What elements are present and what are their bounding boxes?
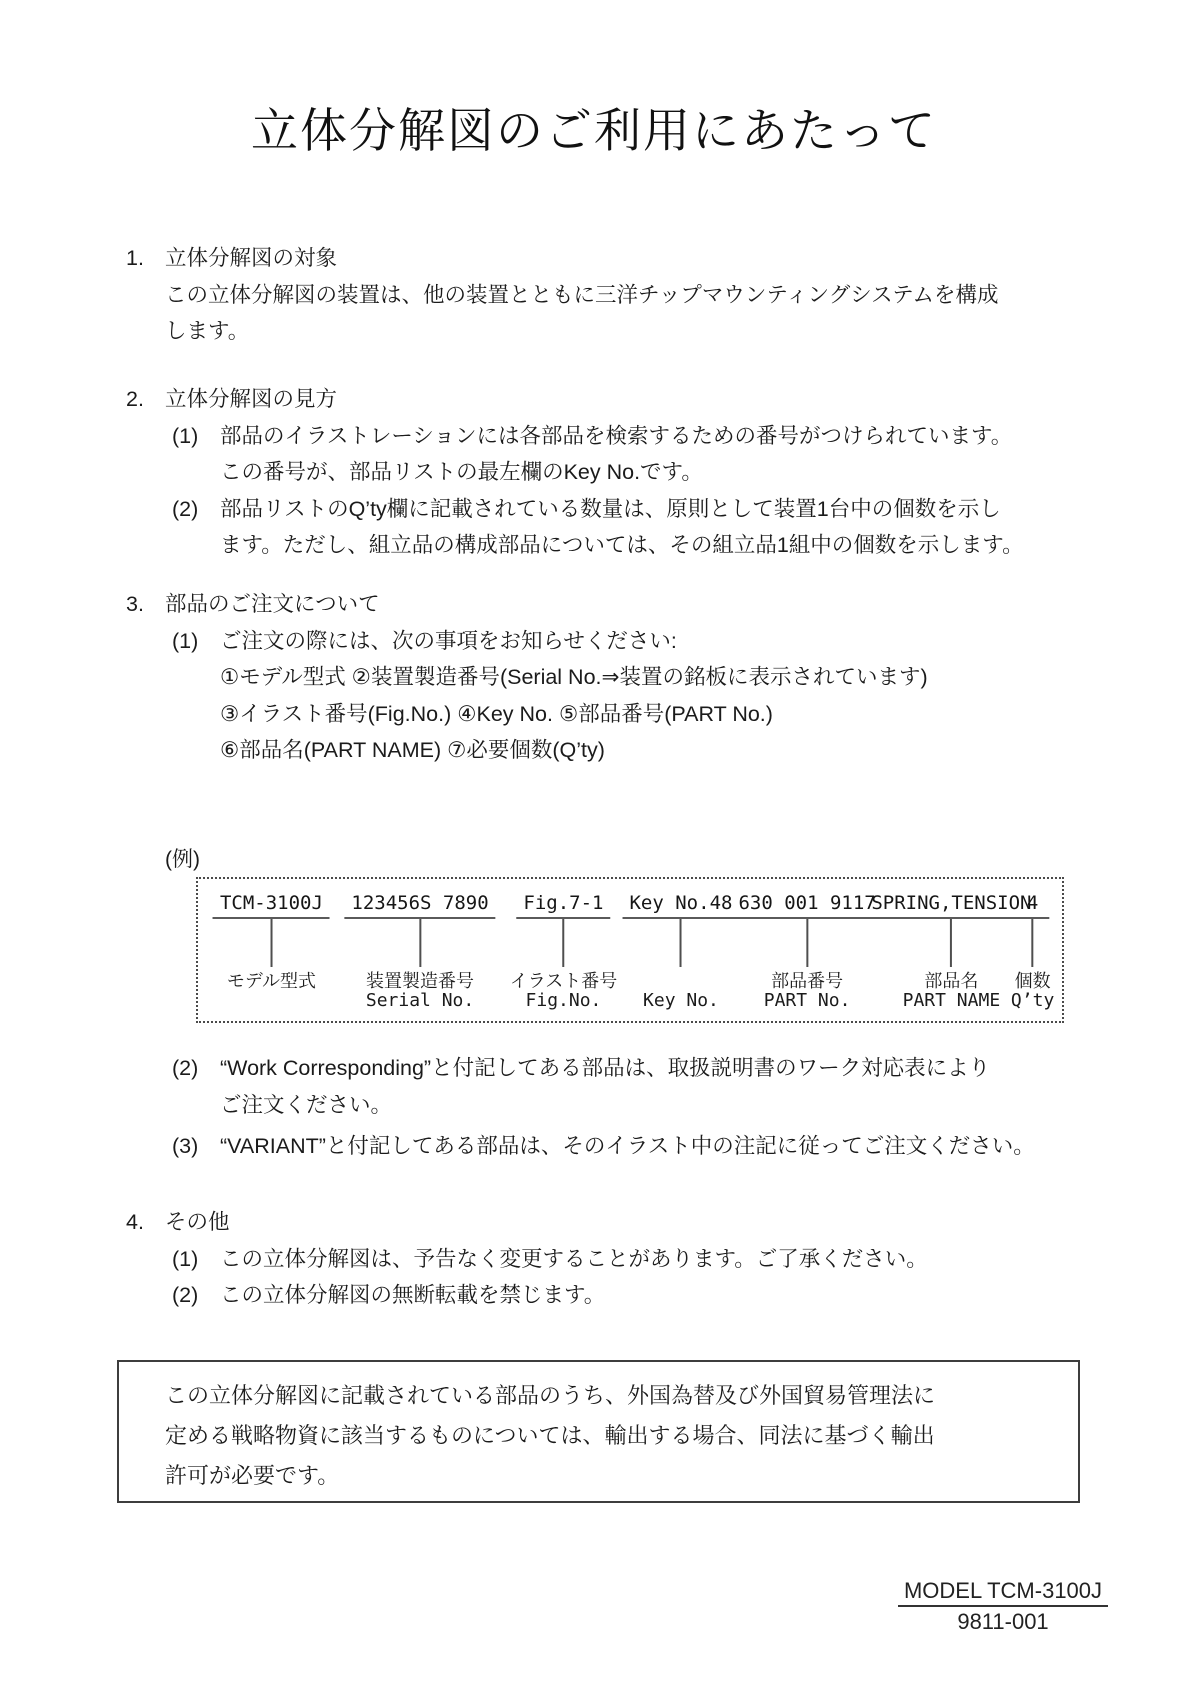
example-value: 123456S 7890	[344, 892, 495, 919]
example-column-partno: 630 001 9117 部品番号 PART No.	[731, 892, 882, 1010]
item-line: 部品リストのQ’ty欄に記載されている数量は、原則として装置1台中の個数を示し	[220, 491, 1036, 528]
section-2: 2. 立体分解図の見方 (1) 部品のイラストレーションには各部品を検索するため…	[126, 381, 1036, 564]
connector-line	[419, 919, 421, 967]
item-line: ⑥部品名(PART NAME) ⑦必要個数(Q’ty)	[220, 732, 1036, 769]
example-value: Key No.48	[622, 892, 739, 919]
section-3-item-2: (2) “Work Corresponding”と付記してある部品は、取扱説明書…	[126, 1050, 1036, 1123]
example-value: TCM-3100J	[213, 892, 330, 919]
example-column-serial: 123456S 7890 装置製造番号 Serial No.	[344, 892, 495, 1010]
notice-line: 許可が必要です。	[165, 1456, 1048, 1496]
list-item: (1) ご注文の際には、次の事項をお知らせください: ①モデル型式 ②装置製造番…	[126, 623, 1036, 769]
item-marker: (3)	[172, 1128, 198, 1165]
list-item: (2) この立体分解図の無断転載を禁じます。	[126, 1277, 1036, 1314]
section-number: 3.	[126, 586, 144, 623]
example-labels: モデル型式	[227, 972, 316, 1010]
item-line: 部品のイラストレーションには各部品を検索するための番号がつけられています。	[220, 418, 1036, 455]
item-line: ③イラスト番号(Fig.No.) ④Key No. ⑤部品番号(PART No.…	[220, 696, 1036, 733]
label-jp: 装置製造番号	[366, 972, 474, 991]
label-en: PART No.	[764, 991, 851, 1010]
notice-line: 定める戦略物資に該当するものについては、輸出する場合、同法に基づく輸出	[165, 1416, 1048, 1456]
example-column-model: TCM-3100J モデル型式	[213, 892, 330, 1010]
item-marker: (2)	[172, 1050, 198, 1087]
section-number: 4.	[126, 1204, 144, 1241]
example-column-fig: Fig.7-1 イラスト番号 Fig.No.	[510, 892, 617, 1010]
item-marker: (2)	[172, 1277, 198, 1314]
connector-line	[950, 919, 952, 967]
item-line: ご注文ください。	[220, 1087, 1036, 1124]
connector-line	[562, 919, 564, 967]
list-item: (3) “VARIANT”と付記してある部品は、そのイラスト中の注記に従ってご注…	[126, 1128, 1036, 1165]
example-labels: 部品番号 PART No.	[764, 972, 851, 1010]
example-label: (例)	[165, 843, 200, 873]
notice-line: この立体分解図に記載されている部品のうち、外国為替及び外国貿易管理法に	[165, 1376, 1048, 1416]
example-column-key: Key No.48 Key No.	[622, 892, 739, 1010]
document-code: 9811-001	[893, 1609, 1113, 1635]
connector-line	[680, 919, 682, 967]
section-1: 1. 立体分解図の対象 この立体分解図の装置は、他の装置とともに三洋チップマウン…	[126, 240, 1036, 350]
label-jp: 部品名	[903, 972, 1001, 991]
list-item: (1) 部品のイラストレーションには各部品を検索するための番号がつけられています…	[126, 418, 1036, 491]
example-labels: イラスト番号 Fig.No.	[510, 972, 617, 1010]
section-3-heading-row: 3. 部品のご注文について	[126, 586, 1036, 623]
label-en: Fig.No.	[510, 991, 617, 1010]
section-number: 2.	[126, 381, 144, 418]
example-labels: 部品名 PART NAME	[903, 972, 1001, 1010]
connector-line	[1032, 919, 1034, 967]
label-jp: モデル型式	[227, 972, 316, 991]
item-marker: (2)	[172, 491, 198, 528]
item-line: この立体分解図の無断転載を禁じます。	[220, 1277, 1036, 1314]
item-line: “VARIANT”と付記してある部品は、そのイラスト中の注記に従ってご注文くださ…	[220, 1128, 1036, 1165]
section-4: 4. その他 (1) この立体分解図は、予告なく変更することがあります。ご了承く…	[126, 1204, 1036, 1314]
example-value: 4	[1016, 892, 1050, 919]
item-line: ご注文の際には、次の事項をお知らせください:	[220, 623, 1036, 660]
example-box: TCM-3100J モデル型式 123456S 7890 装置製造番号 Seri…	[196, 877, 1064, 1023]
section-3-item-3: (3) “VARIANT”と付記してある部品は、そのイラスト中の注記に従ってご注…	[126, 1128, 1036, 1165]
section-3: 3. 部品のご注文について (1) ご注文の際には、次の事項をお知らせください:…	[126, 586, 1036, 769]
body-line: この立体分解図の装置は、他の装置とともに三洋チップマウンティングシステムを構成	[165, 277, 1036, 314]
label-en: PART NAME	[903, 991, 1001, 1010]
section-1-heading-row: 1. 立体分解図の対象	[126, 240, 1036, 277]
list-item: (2) “Work Corresponding”と付記してある部品は、取扱説明書…	[126, 1050, 1036, 1123]
item-line: この立体分解図は、予告なく変更することがあります。ご了承ください。	[220, 1241, 1036, 1278]
page-title: 立体分解図のご利用にあたって	[0, 94, 1188, 161]
example-labels: Key No.	[643, 972, 719, 1010]
section-heading: 立体分解図の見方	[165, 381, 1036, 418]
body-line: します。	[165, 313, 1036, 350]
label-en: Serial No.	[366, 991, 474, 1010]
connector-line	[806, 919, 808, 967]
item-marker: (1)	[172, 418, 198, 455]
item-line: この番号が、部品リストの最左欄のKey No.です。	[220, 454, 1036, 491]
section-2-heading-row: 2. 立体分解図の見方	[126, 381, 1036, 418]
section-1-body: この立体分解図の装置は、他の装置とともに三洋チップマウンティングシステムを構成 …	[165, 277, 1036, 350]
example-labels: 装置製造番号 Serial No.	[366, 972, 474, 1010]
section-heading: 立体分解図の対象	[165, 240, 1036, 277]
example-column-qty: 4 個数 Q’ty	[1011, 892, 1054, 1010]
item-marker: (1)	[172, 1241, 198, 1278]
label-jp: 部品番号	[764, 972, 851, 991]
label-jp: イラスト番号	[510, 972, 617, 991]
section-4-heading-row: 4. その他	[126, 1204, 1036, 1241]
section-heading: その他	[165, 1204, 1036, 1241]
example-value: Fig.7-1	[516, 892, 610, 919]
label-en: Key No.	[643, 991, 719, 1010]
label-jp: 個数	[1011, 972, 1054, 991]
item-line: ます。ただし、組立品の構成部品については、その組立品1組中の個数を示します。	[220, 527, 1036, 564]
list-item: (2) 部品リストのQ’ty欄に記載されている数量は、原則として装置1台中の個数…	[126, 491, 1036, 564]
section-heading: 部品のご注文について	[165, 586, 1036, 623]
label-jp	[643, 972, 719, 991]
export-notice-box: この立体分解図に記載されている部品のうち、外国為替及び外国貿易管理法に 定める戦…	[117, 1360, 1080, 1503]
footer: MODEL TCM-3100J 9811-001	[893, 1578, 1113, 1635]
example-labels: 個数 Q’ty	[1011, 972, 1054, 1010]
label-en	[227, 991, 316, 1010]
list-item: (1) この立体分解図は、予告なく変更することがあります。ご了承ください。	[126, 1241, 1036, 1278]
label-en: Q’ty	[1011, 991, 1054, 1010]
item-line: “Work Corresponding”と付記してある部品は、取扱説明書のワーク…	[220, 1050, 1036, 1087]
model-number: MODEL TCM-3100J	[898, 1578, 1108, 1607]
item-line: ①モデル型式 ②装置製造番号(Serial No.⇒装置の銘板に表示されています…	[220, 659, 1036, 696]
connector-line	[270, 919, 272, 967]
item-marker: (1)	[172, 623, 198, 660]
section-number: 1.	[126, 240, 144, 277]
example-value: 630 001 9117	[731, 892, 882, 919]
